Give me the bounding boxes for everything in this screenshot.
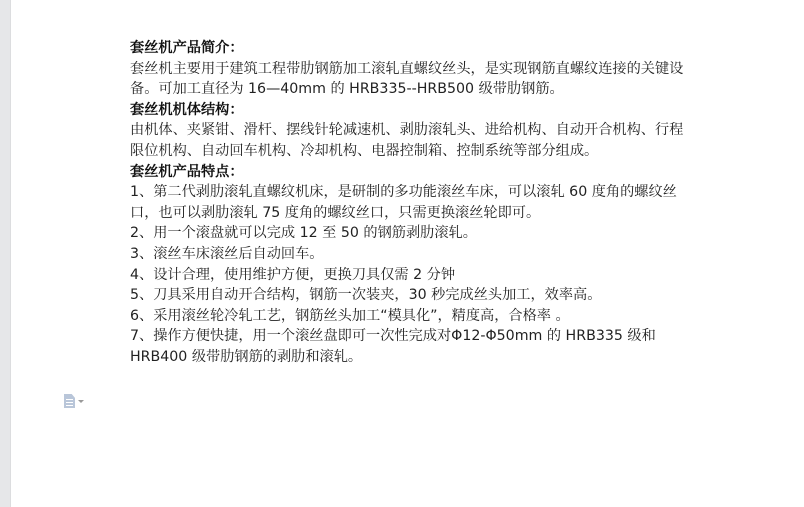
left-margin-strip xyxy=(0,0,11,507)
paste-options-button[interactable] xyxy=(64,393,88,409)
feature-item: 2、用一个滚盘就可以完成 12 至 50 的钢筋剥肋滚轧。 xyxy=(130,223,690,244)
paragraph: 套丝机主要用于建筑工程带肋钢筋加工滚轧直螺纹丝头，是实现钢筋直螺纹连接的关键设备… xyxy=(130,59,690,100)
chevron-down-icon xyxy=(78,400,84,403)
feature-item: 1、第二代剥肋滚轧直螺纹机床，是研制的多功能滚丝车床，可以滚轧 60 度角的螺纹… xyxy=(130,182,690,223)
document-icon xyxy=(64,394,75,408)
document-body[interactable]: 套丝机产品简介： 套丝机主要用于建筑工程带肋钢筋加工滚轧直螺纹丝头，是实现钢筋直… xyxy=(130,38,690,368)
paragraph: 由机体、夹紧钳、滑杆、摆线针轮减速机、剥肋滚轧头、进给机构、自动开合机构、行程限… xyxy=(130,120,690,161)
section-structure: 套丝机机体结构： 由机体、夹紧钳、滑杆、摆线针轮减速机、剥肋滚轧头、进给机构、自… xyxy=(130,100,690,162)
feature-item: 3、滚丝车床滚丝后自动回车。 xyxy=(130,244,690,265)
section-heading: 套丝机产品简介： xyxy=(130,38,690,59)
feature-item: 6、采用滚丝轮冷轧工艺，钢筋丝头加工“模具化”，精度高，合格率 。 xyxy=(130,306,690,327)
section-features: 套丝机产品特点： 1、第二代剥肋滚轧直螺纹机床，是研制的多功能滚丝车床，可以滚轧… xyxy=(130,162,690,368)
feature-item: 5、刀具采用自动开合结构，钢筋一次装夹，30 秒完成丝头加工，效率高。 xyxy=(130,285,690,306)
section-intro: 套丝机产品简介： 套丝机主要用于建筑工程带肋钢筋加工滚轧直螺纹丝头，是实现钢筋直… xyxy=(130,38,690,100)
section-heading: 套丝机机体结构： xyxy=(130,100,690,121)
section-heading: 套丝机产品特点： xyxy=(130,162,690,183)
feature-item: 7、操作方便快捷，用一个滚丝盘即可一次性完成对Φ12-Φ50mm 的 HRB33… xyxy=(130,326,690,367)
feature-item: 4、设计合理，使用维护方便，更换刀具仅需 2 分钟 xyxy=(130,265,690,286)
